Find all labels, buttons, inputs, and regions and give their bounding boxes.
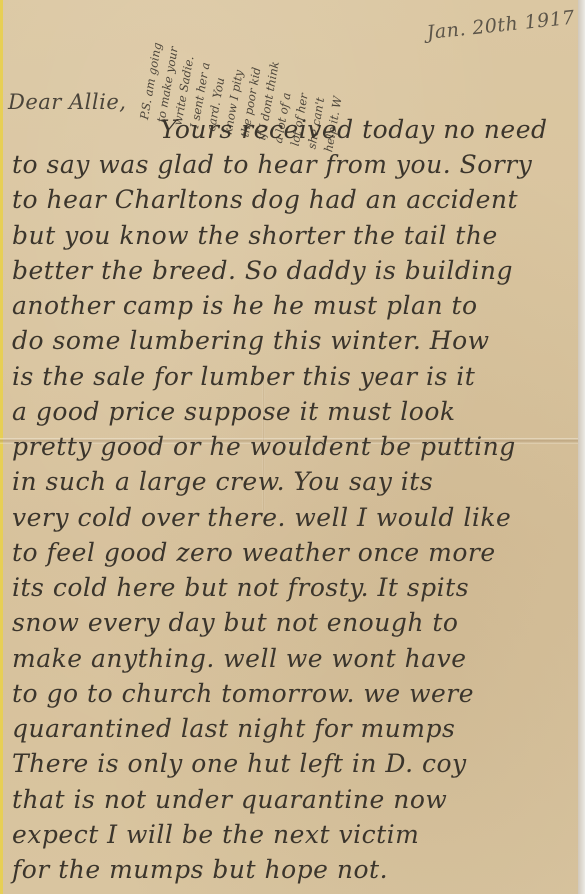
body-line: to go to church tomorrow. we were <box>12 676 474 712</box>
body-line: that is not under quarantine now <box>12 782 447 818</box>
letter-page: Jan. 20th 1917 Dear Allie, P.S. am going… <box>0 0 578 894</box>
body-line: better the breed. So daddy is building <box>12 253 513 289</box>
body-line: is the sale for lumber this year is it <box>12 359 475 395</box>
body-line: for the mumps but hope not. <box>12 852 388 888</box>
body-line: to feel good zero weather once more <box>12 535 496 571</box>
body-line: but you know the shorter the tail the <box>12 218 498 254</box>
body-line: to say was glad to hear from you. Sorry <box>12 147 532 183</box>
body-line: in such a large crew. You say its <box>12 464 433 500</box>
body-line: snow every day but not enough to <box>12 605 458 641</box>
body-line: another camp is he he must plan to <box>12 288 478 324</box>
body-line: make anything. well we wont have <box>12 641 467 677</box>
paper-left-edge <box>0 0 3 894</box>
body-line: do some lumbering this winter. How <box>12 323 490 359</box>
body-line: to hear Charltons dog had an accident <box>12 182 518 218</box>
body-line: its cold here but not frosty. It spits <box>12 570 469 606</box>
body-line: pretty good or he wouldent be putting <box>12 429 516 465</box>
body-line: quarantined last night for mumps <box>12 711 455 747</box>
scan-right-margin <box>578 0 585 894</box>
body-line: There is only one hut left in D. coy <box>12 746 467 782</box>
body-line: Yours received today no need <box>160 112 548 148</box>
letter-date: Jan. 20th 1917 <box>426 7 576 44</box>
body-line: very cold over there. well I would like <box>12 500 511 536</box>
body-line: a good price suppose it must look <box>12 394 456 430</box>
body-line: expect I will be the next victim <box>12 817 419 853</box>
letter-salutation: Dear Allie, <box>8 90 126 114</box>
